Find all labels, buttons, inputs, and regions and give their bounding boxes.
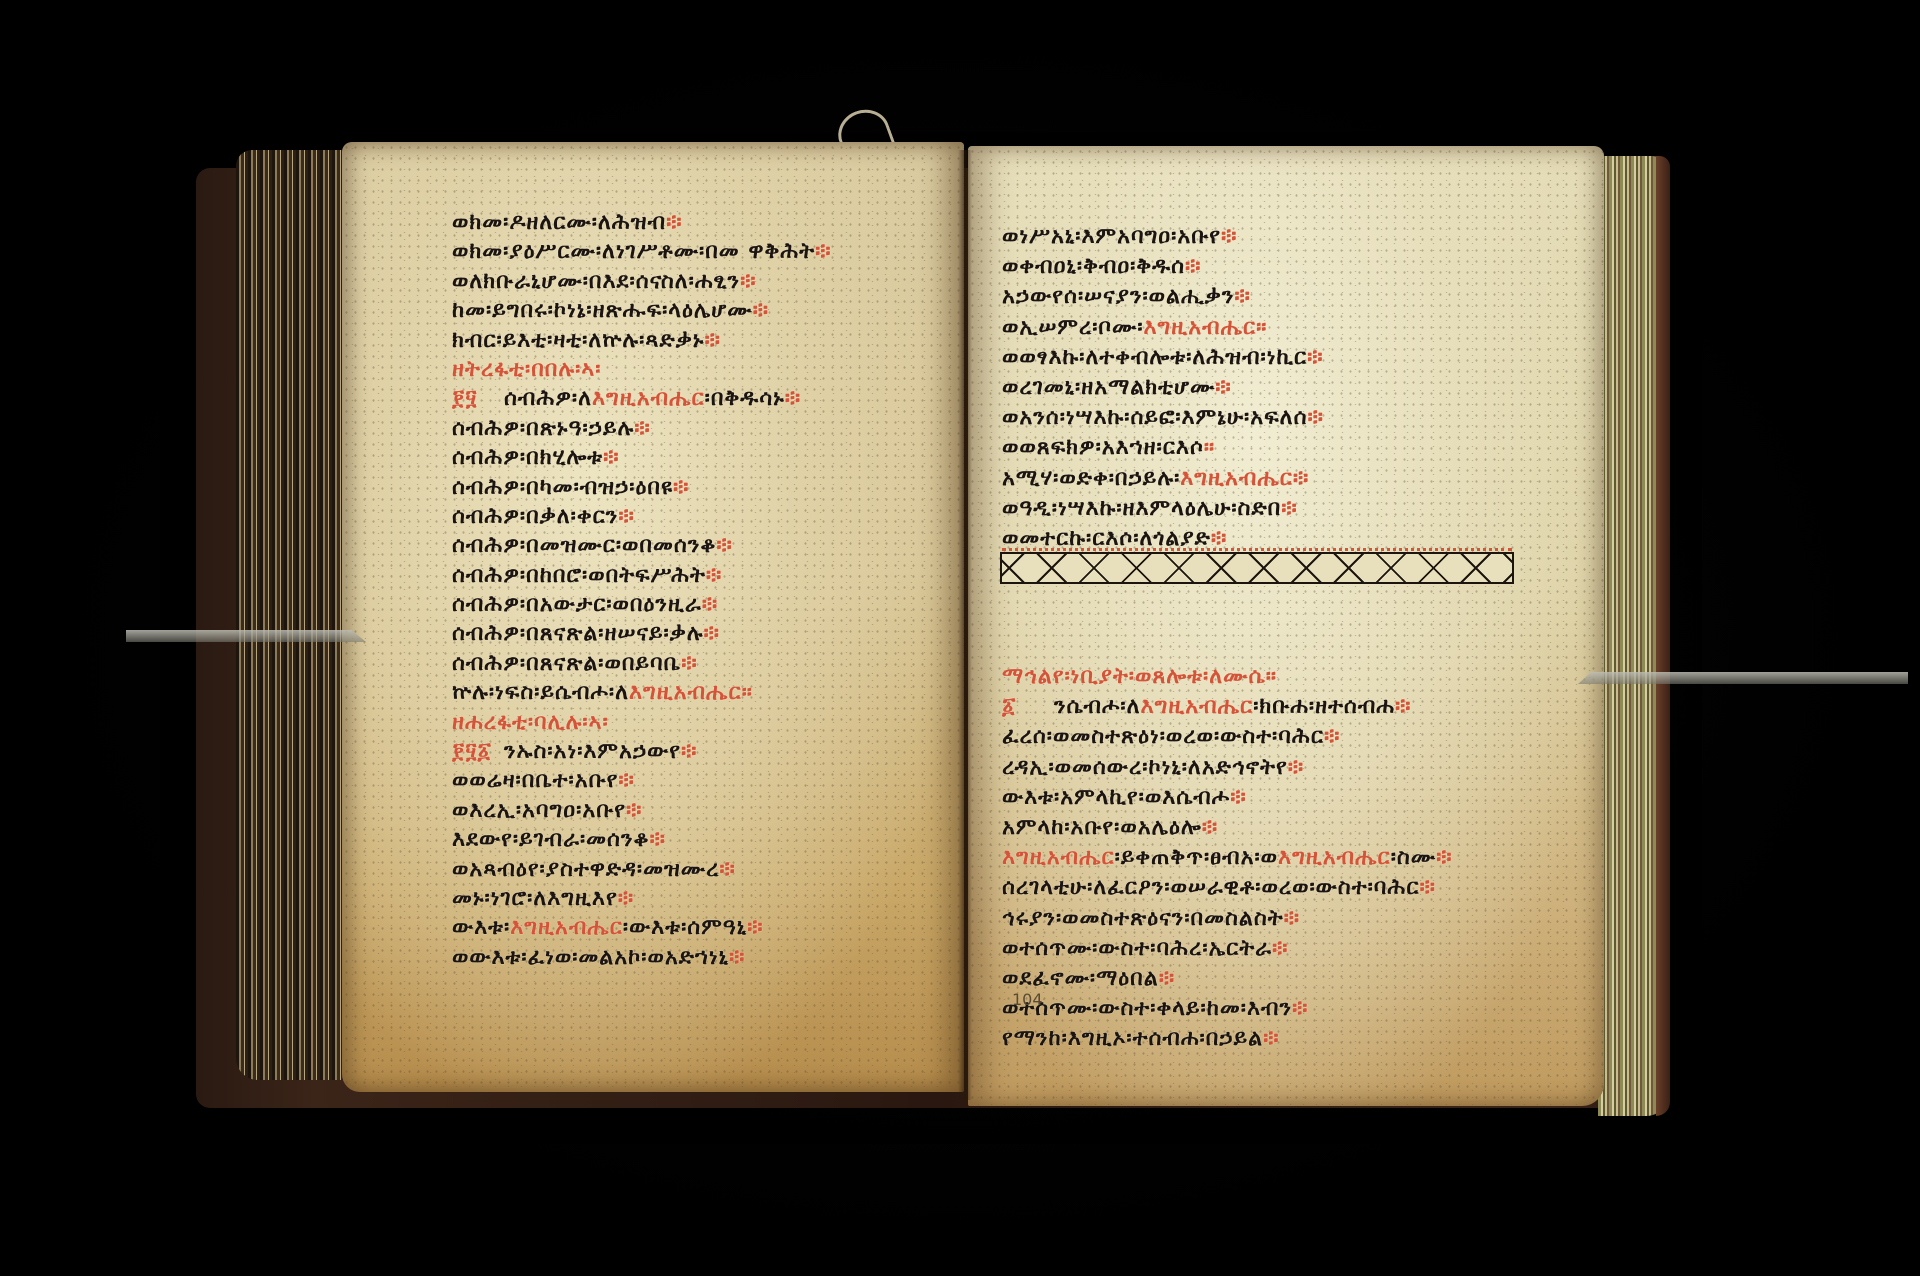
manuscript-line: ኵሉ፡ነፍስ፡ይሴብሖ፡ለእግዚአብሔር። <box>452 678 832 707</box>
rubric-text: ፨ <box>1263 1026 1279 1051</box>
manuscript-line: የማንከ፡እግዚኦ፡ተሰብሐ፡በኃይል፨ <box>1002 1024 1453 1054</box>
text-segment: ወተሰጥሙ፡ውስተ፡ባሕረ፡ኤርትራ <box>1002 936 1272 961</box>
rubric-text: ፨ <box>1436 845 1452 870</box>
rubric-text: ፨ <box>706 563 722 588</box>
rubric-text: ፨ <box>1395 694 1411 719</box>
text-segment: አኃውየሰ፡ሠናያን፡ወልሒቃን <box>1002 284 1234 309</box>
text-segment: ሰብሕዎ፡በአውታር፡ወበዕንዚራ <box>452 592 702 617</box>
text-segment: ወነሥአኒ፡እምአባግዐ፡አቡየ <box>1002 224 1221 249</box>
text-segment: አሚሃ፡ወድቀ፡በኃይሉ፡ <box>1002 466 1180 491</box>
rubric-text: ፨ <box>681 739 697 764</box>
manuscript-line: ክብር፡ይእቲ፡ዛቲ፡ለኵሉ፡ጻድቃኑ፨ <box>452 326 832 355</box>
manuscript-line: ውእቱ፡አምላኪየ፡ወእሴብሖ፨ <box>1002 783 1453 813</box>
rubric-text: ፨ <box>673 475 689 500</box>
manuscript-line: ወክመ፡ዶዘለርሙ፡ለሕዝብ፨ <box>452 208 832 237</box>
manuscript-line: ወክመ፡ያዕሥርሙ፡ለነገሥቶሙ፡በመ ዋቅሕት፨ <box>452 237 832 266</box>
rubric-text: ። <box>742 680 753 705</box>
book-gutter <box>958 150 972 1100</box>
rubric-text: እግዚአብሔር <box>510 915 623 940</box>
manuscript-line: እደውየ፡ይገብራ፡መሰንቆ፨ <box>452 825 832 854</box>
text-segment: ወውእቱ፡ፈነወ፡መልአኮ፡ወአድኀነኒ <box>452 945 729 970</box>
text-segment: ከመ፡ይግበሩ፡ኮነኔ፡ዘጽሑፍ፡ላዕሌሆሙ <box>452 298 753 323</box>
text-segment: ወለክቡራኒሆሙ፡በእደ፡ሰናስለ፡ሐፂን <box>452 269 740 294</box>
rubric-text: እግዚአብሔር <box>1144 315 1257 340</box>
text-segment: እደውየ፡ይገብራ፡መሰንቆ <box>452 827 650 852</box>
rubric-text: ፨ <box>650 827 666 852</box>
manuscript-line: ወዓዲ፡ነሣእኩ፡ዘእምላዕሌሁ፡ስድበ፨ <box>1002 494 1345 524</box>
manuscript-line: ወረገመኒ፡ዘአማልክቲሆሙ፨ <box>1002 373 1345 403</box>
rubric-text: ፨ <box>1234 284 1250 309</box>
right-page: ወነሥአኒ፡እምአባግዐ፡አቡየ፨ወቀብዐኒ፡ቅብዐ፡ቅዱሰ፨አኃውየሰ፡ሠናያ… <box>968 146 1604 1106</box>
rubric-text: ፨ <box>1288 755 1304 780</box>
text-segment: ሰብሕዎ፡በጸናጽል፡ዘሠናይ፡ቃሉ <box>452 621 704 646</box>
manuscript-line: ሰብሕዎ፡በጽኑዓ፡ኃይሉ፨ <box>452 414 832 443</box>
left-page-stack <box>236 150 356 1080</box>
text-segment: ፡በቅዱሳኑ <box>705 386 785 411</box>
manuscript-line: አሚሃ፡ወድቀ፡በኃይሉ፡እግዚአብሔር፨ <box>1002 464 1345 494</box>
text-segment: ውእቱ፡አምላኪየ፡ወእሴብሖ <box>1002 785 1230 810</box>
text-segment: ወአጻብዕየ፡ያስተዋድዳ፡መዝሙረ <box>452 857 719 882</box>
text-segment: ሰብሕዎ፡በመዝሙር፡ወበመሰንቆ <box>452 533 716 558</box>
text-segment: ፡ውእቱ፡ሰምዓኒ <box>623 915 747 940</box>
rubric-text: ፨ <box>719 857 735 882</box>
text-segment: ወቀብዐኒ፡ቅብዐ፡ቅዱሰ <box>1002 254 1185 279</box>
rubric-text: ፨ <box>1324 724 1340 749</box>
text-segment: ኵሉ፡ነፍስ፡ይሴብሖ፡ለ <box>452 680 629 705</box>
text-segment: ወእረኢ፡አባግዐ፡አቡየ <box>452 798 626 823</box>
rubric-text: ፨ <box>626 798 642 823</box>
text-segment: ወክመ፡ዶዘለርሙ፡ለሕዝብ <box>452 210 666 235</box>
text-segment: ወወጸፍክዎ፡አእኀዘ፡ርእሶ <box>1002 435 1204 460</box>
manuscript-line: ወኢሠምረ፡ቦሙ፡እግዚአብሔር። <box>1002 313 1345 343</box>
manuscript-line: ሰብሕዎ፡በክሂሎቱ፨ <box>452 443 832 472</box>
manuscript-line: ወአንሰ፡ነሣእኩ፡ሰይፎ፡እምኔሁ፡አፍለሰ፨ <box>1002 403 1345 433</box>
rubric-text: ፨ <box>618 504 634 529</box>
rubric-text: ማኅልየ፡ነቢያት፡ወጸሎቱ፡ለሙሴ። <box>1002 664 1277 689</box>
rubric-text: ፨ <box>603 445 619 470</box>
text-segment: ክብር፡ይእቲ፡ዛቲ፡ለኵሉ፡ጻድቃኑ <box>452 328 704 353</box>
text-segment: ወዓዲ፡ነሣእኩ፡ዘእምላዕሌሁ፡ስድበ <box>1002 496 1281 521</box>
acrylic-page-holder-right <box>1578 672 1908 684</box>
manuscript-line: ወቀብዐኒ፡ቅብዐ፡ቅዱሰ፨ <box>1002 252 1345 282</box>
manuscript-line: ሰብሕዎ፡በቃለ፡ቀርን፨ <box>452 502 832 531</box>
acrylic-page-holder-left <box>126 630 366 642</box>
manuscript-line: ሰብሕዎ፡በካመ፡ብዝኃ፡ዕበዩ፨ <box>452 473 832 502</box>
text-segment: ሰብሕዎ፡በጸናጽል፡ወበይባቤ <box>452 651 681 676</box>
rubric-text: ፨ <box>1272 936 1288 961</box>
text-segment: ውእቱ፡ <box>452 915 510 940</box>
rubric-text: ፨ <box>716 533 732 558</box>
psalm-numeral: ፻፶፩ <box>452 737 504 766</box>
left-page-text: ወክመ፡ዶዘለርሙ፡ለሕዝብ፨ወክመ፡ያዕሥርሙ፡ለነገሥቶሙ፡በመ ዋቅሕት፨… <box>452 208 832 972</box>
text-segment: ንሴብሖ፡ለ <box>1054 694 1141 719</box>
manuscript-line: ወወጸፍክዎ፡አእኀዘ፡ርእሶ። <box>1002 433 1345 463</box>
manuscript-line: ፻፶፩ንኡስ፡አነ፡እምአኃውየ፨ <box>452 737 832 766</box>
text-segment: ፡ስሙ <box>1391 845 1436 870</box>
right-page-text-lower: ማኅልየ፡ነቢያት፡ወጸሎቱ፡ለሙሴ።፩ንሴብሖ፡ለእግዚአብሔር፡ክቡሐ፡ዘተ… <box>1002 662 1453 1054</box>
rubric-text: እግዚአብሔር <box>1002 845 1115 870</box>
rubric-text: ፨ <box>729 945 745 970</box>
manuscript-line: ወለክቡራኒሆሙ፡በእደ፡ሰናስለ፡ሐፂን፨ <box>452 267 832 296</box>
rubric-text: ፨ <box>747 915 763 940</box>
right-page-text-upper: ወነሥአኒ፡እምአባግዐ፡አቡየ፨ወቀብዐኒ፡ቅብዐ፡ቅዱሰ፨አኃውየሰ፡ሠናያ… <box>1002 222 1345 584</box>
text-segment: አምላከ፡አቡየ፡ወአሌዕሎ <box>1002 815 1202 840</box>
text-segment: ወደፈኖሙ፡ማዕበል <box>1002 966 1159 991</box>
psalm-numeral: ፻፶ <box>452 384 504 413</box>
manuscript-line: ኅሩያን፡ወመስተጽዕናን፡በመስልስት፨ <box>1002 904 1453 934</box>
manuscript-line: አኃውየሰ፡ሠናያን፡ወልሒቃን፨ <box>1002 282 1345 312</box>
text-segment: ንኡስ፡አነ፡እምአኃውየ <box>504 739 681 764</box>
rubric-text: እግዚአብሔር <box>592 386 705 411</box>
rubric-text: ፨ <box>1281 496 1297 521</box>
left-page: ወክመ፡ዶዘለርሙ፡ለሕዝብ፨ወክመ፡ያዕሥርሙ፡ለነገሥቶሙ፡በመ ዋቅሕት፨… <box>342 142 964 1092</box>
rubric-text: ፨ <box>704 328 720 353</box>
decorative-harag-band <box>1000 552 1514 584</box>
folio-number: 104 <box>1012 990 1043 1009</box>
rubric-text: ፨ <box>753 298 769 323</box>
text-segment: ወረገመኒ፡ዘአማልክቲሆሙ <box>1002 375 1215 400</box>
manuscript-line: ውእቱ፡እግዚአብሔር፡ውእቱ፡ሰምዓኒ፨ <box>452 913 832 942</box>
rubric-text: ። <box>1204 435 1215 460</box>
rubric-text: ዘሐረፋቲ፡ባሊሉ፡ኣ፡ <box>452 710 609 735</box>
rubric-text: ፨ <box>1307 345 1323 370</box>
manuscript-line: ረዳኢ፡ወመሰውረ፡ኮነኒ፡ለአድኅኖትየ፨ <box>1002 753 1453 783</box>
manuscript-line: ወአጻብዕየ፡ያስተዋድዳ፡መዝሙረ፨ <box>452 855 832 884</box>
rubric-text: ፨ <box>1230 785 1246 810</box>
rubric-text: ፨ <box>618 768 634 793</box>
manuscript-line: እግዚአብሔር፡ይቀጠቅጥ፡ፀብአ፡ወእግዚአብሔር፡ስሙ፨ <box>1002 843 1453 873</box>
rubric-text: ፨ <box>1215 375 1231 400</box>
rubric-text: እግዚአብሔር <box>1180 466 1293 491</box>
text-segment: ወአንሰ፡ነሣእኩ፡ሰይፎ፡እምኔሁ፡አፍለሰ <box>1002 405 1307 430</box>
rubric-text: ፨ <box>702 592 718 617</box>
manuscript-line: ከመ፡ይግበሩ፡ኮነኔ፡ዘጽሑፍ፡ላዕሌሆሙ፨ <box>452 296 832 325</box>
text-segment: ሰብሕዎ፡በክሂሎቱ <box>452 445 603 470</box>
manuscript-line: ወወሬዛ፡በቤተ፡አቡየ፨ <box>452 766 832 795</box>
rubric-text: ፨ <box>1420 875 1436 900</box>
rubric-text: እግዚአብሔር <box>1278 845 1391 870</box>
manuscript-line: ማኅልየ፡ነቢያት፡ወጸሎቱ፡ለሙሴ። <box>1002 662 1453 692</box>
rubric-text: ፨ <box>740 269 756 294</box>
text-segment: ሰብሕዎ፡ለ <box>504 386 592 411</box>
text-segment: ኅሩያን፡ወመስተጽዕናን፡በመስልስት <box>1002 906 1284 931</box>
rubric-text: ፨ <box>666 210 682 235</box>
text-segment: መኑ፡ነገሮ፡ለእግዚእየ <box>452 886 618 911</box>
manuscript-line: ሰብሕዎ፡በአውታር፡ወበዕንዚራ፨ <box>452 590 832 619</box>
manuscript-line: ወደፈኖሙ፡ማዕበል፨ <box>1002 964 1453 994</box>
text-segment: ሰብሕዎ፡በጽኑዓ፡ኃይሉ <box>452 416 634 441</box>
manuscript-line: ወወፃእኩ፡ለተቀብሎቱ፡ለሕዝብ፡ነኪር፨ <box>1002 343 1345 373</box>
text-segment: ሰብሕዎ፡በከበሮ፡ወበትፍሥሕት <box>452 563 706 588</box>
manuscript-line: ሰረገላቲሁ፡ለፈርዖን፡ወሠራዊቶ፡ወረወ፡ውስተ፡ባሕር፨ <box>1002 873 1453 903</box>
manuscript-line: ፻፶ሰብሕዎ፡ለእግዚአብሔር፡በቅዱሳኑ፨ <box>452 384 832 413</box>
rubric-text: ዘትረፋቲ፡በበሉ፡ኣ፡ <box>452 357 601 382</box>
rubric-text: ፨ <box>681 651 697 676</box>
rubric-text: ፨ <box>618 886 634 911</box>
text-segment: ወክመ፡ያዕሥርሙ፡ለነገሥቶሙ፡በመ ዋቅሕት <box>452 239 815 264</box>
rubric-text: ፨ <box>1185 254 1201 279</box>
manuscript-line: መኑ፡ነገሮ፡ለእግዚእየ፨ <box>452 884 832 913</box>
rubric-text: ፨ <box>704 621 720 646</box>
rubric-text: ። <box>1256 315 1267 340</box>
text-segment: ረዳኢ፡ወመሰውረ፡ኮነኒ፡ለአድኅኖትየ <box>1002 755 1288 780</box>
manuscript-line: ዘሐረፋቲ፡ባሊሉ፡ኣ፡ <box>452 708 832 737</box>
manuscript-line: ወእረኢ፡አባግዐ፡አቡየ፨ <box>452 796 832 825</box>
rubric-text: ፨ <box>1307 405 1323 430</box>
rubric-text: ፨ <box>1159 966 1175 991</box>
manuscript-line: ወነሥአኒ፡እምአባግዐ፡አቡየ፨ <box>1002 222 1345 252</box>
manuscript-line: ወተሰጥሙ፡ውስተ፡ባሕረ፡ኤርትራ፨ <box>1002 934 1453 964</box>
psalm-numeral: ፩ <box>1002 692 1054 721</box>
manuscript-line: ሰብሕዎ፡በጸናጽል፡ዘሠናይ፡ቃሉ፨ <box>452 619 832 648</box>
right-page-stack <box>1598 156 1670 1116</box>
text-segment: ወኢሠምረ፡ቦሙ፡ <box>1002 315 1144 340</box>
manuscript-line: ሰብሕዎ፡በጸናጽል፡ወበይባቤ፨ <box>452 649 832 678</box>
manuscript-line: ሰብሕዎ፡በመዝሙር፡ወበመሰንቆ፨ <box>452 531 832 560</box>
rubric-text: ፨ <box>815 239 831 264</box>
text-segment: ወወሬዛ፡በቤተ፡አቡየ <box>452 768 618 793</box>
rubric-text: ፨ <box>785 386 801 411</box>
manuscript-line: ፩ንሴብሖ፡ለእግዚአብሔር፡ክቡሐ፡ዘተሰብሐ፨ <box>1002 692 1453 722</box>
manuscript-line: አምላከ፡አቡየ፡ወአሌዕሎ፨ <box>1002 813 1453 843</box>
text-segment: ሰረገላቲሁ፡ለፈርዖን፡ወሠራዊቶ፡ወረወ፡ውስተ፡ባሕር <box>1002 875 1420 900</box>
rubric-text: ፨ <box>1293 466 1309 491</box>
manuscript-line: ወውእቱ፡ፈነወ፡መልአኮ፡ወአድኀነኒ፨ <box>452 943 832 972</box>
rubric-text: ፨ <box>1202 815 1218 840</box>
text-segment: ፡ይቀጠቅጥ፡ፀብአ፡ወ <box>1115 845 1278 870</box>
rubric-text: ፨ <box>1221 224 1237 249</box>
manuscript-line: ዘትረፋቲ፡በበሉ፡ኣ፡ <box>452 355 832 384</box>
manuscript-line: ፈረሰ፡ወመስተጽዕነ፡ወረወ፡ውስተ፡ባሕር፨ <box>1002 722 1453 752</box>
text-segment: ወተሰጥሙ፡ውስተ፡ቀላይ፡ከመ፡እብን <box>1002 996 1292 1021</box>
rubric-text: እግዚአብሔር <box>629 680 742 705</box>
text-segment: ሰብሕዎ፡በካመ፡ብዝኃ፡ዕበዩ <box>452 475 673 500</box>
text-segment: ሰብሕዎ፡በቃለ፡ቀርን <box>452 504 618 529</box>
text-segment: የማንከ፡እግዚኦ፡ተሰብሐ፡በኃይል <box>1002 1026 1263 1051</box>
rubric-text: ፨ <box>634 416 650 441</box>
rubric-text: ፨ <box>1292 996 1308 1021</box>
manuscript-line: ሰብሕዎ፡በከበሮ፡ወበትፍሥሕት፨ <box>452 561 832 590</box>
text-segment: ፈረሰ፡ወመስተጽዕነ፡ወረወ፡ውስተ፡ባሕር <box>1002 724 1324 749</box>
text-segment: ፡ክቡሐ፡ዘተሰብሐ <box>1253 694 1395 719</box>
manuscript-line: ወተሰጥሙ፡ውስተ፡ቀላይ፡ከመ፡እብን፨ <box>1002 994 1453 1024</box>
rubric-text: እግዚአብሔር <box>1141 694 1254 719</box>
rubric-text: ፨ <box>1284 906 1300 931</box>
text-segment: ወወፃእኩ፡ለተቀብሎቱ፡ለሕዝብ፡ነኪር <box>1002 345 1307 370</box>
